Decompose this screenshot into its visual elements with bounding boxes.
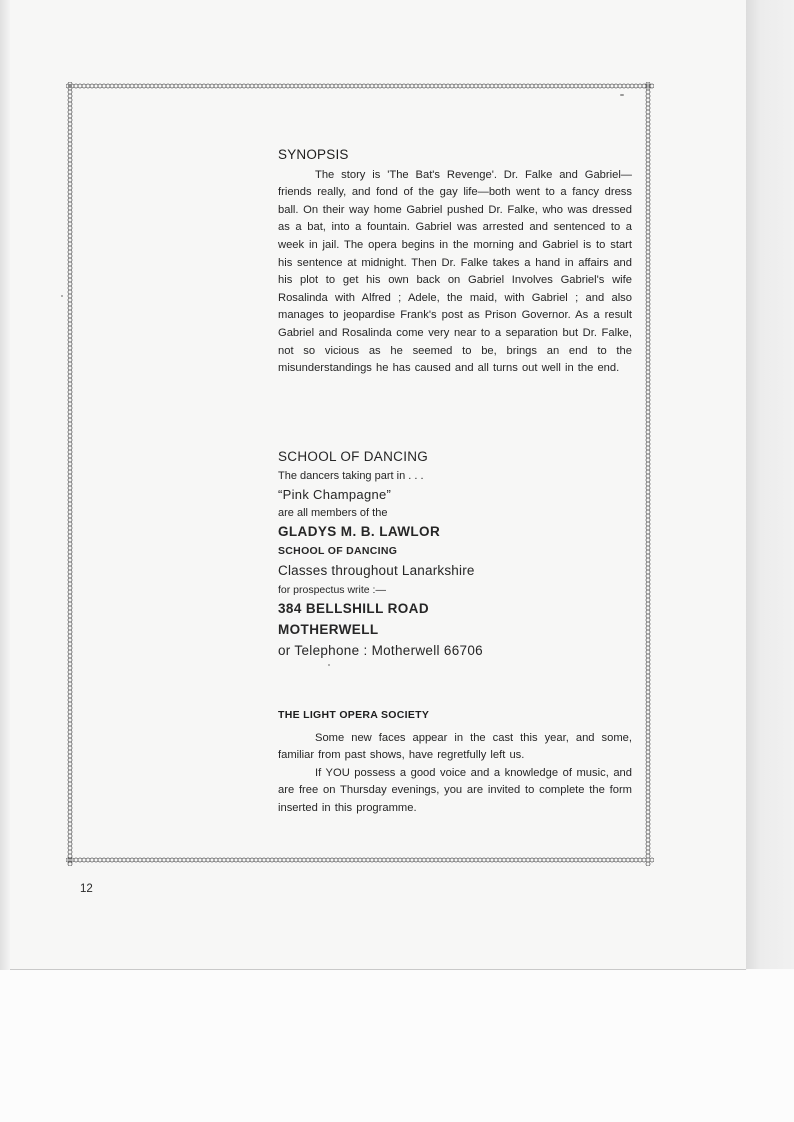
facing-page-edge bbox=[746, 0, 794, 969]
advert-show-title: “Pink Champagne” bbox=[278, 485, 578, 505]
synopsis-section: SYNOPSIS The story is 'The Bat's Revenge… bbox=[278, 146, 632, 378]
advert-classes: Classes throughout Lanarkshire bbox=[278, 560, 578, 582]
advert-members-line: are all members of the bbox=[278, 505, 578, 522]
light-opera-society-section: THE LIGHT OPERA SOCIETY Some new faces a… bbox=[278, 707, 632, 818]
scan-speck bbox=[620, 94, 624, 96]
society-heading: THE LIGHT OPERA SOCIETY bbox=[278, 707, 632, 725]
scan-speck bbox=[61, 295, 63, 297]
advert-address-line2: MOTHERWELL bbox=[278, 619, 578, 640]
page-number: 12 bbox=[80, 883, 93, 895]
scan-speck bbox=[328, 664, 330, 666]
advert-address-line1: 384 BELLSHILL ROAD bbox=[278, 598, 578, 619]
synopsis-text: The story is 'The Bat's Revenge'. Dr. Fa… bbox=[278, 167, 632, 378]
background-surface bbox=[0, 970, 794, 1122]
advert-telephone: or Telephone : Motherwell 66706 bbox=[278, 640, 578, 661]
dancing-school-advert: SCHOOL OF DANCING The dancers taking par… bbox=[278, 447, 578, 661]
synopsis-heading: SYNOPSIS bbox=[278, 146, 632, 164]
advert-school-subtitle: SCHOOL OF DANCING bbox=[278, 542, 578, 560]
advert-intro: The dancers taking part in . . . bbox=[278, 467, 578, 485]
border-right bbox=[644, 82, 654, 866]
advert-prospectus: for prospectus write :— bbox=[278, 582, 578, 598]
advert-school-name: GLADYS M. B. LAWLOR bbox=[278, 522, 578, 542]
society-paragraph: If YOU possess a good voice and a knowle… bbox=[278, 765, 632, 818]
border-bottom bbox=[66, 856, 654, 866]
border-left bbox=[66, 82, 76, 866]
border-top bbox=[66, 82, 654, 92]
society-paragraph: Some new faces appear in the cast this y… bbox=[278, 730, 632, 765]
page-edge bbox=[0, 0, 10, 972]
advert-heading: SCHOOL OF DANCING bbox=[278, 447, 578, 467]
